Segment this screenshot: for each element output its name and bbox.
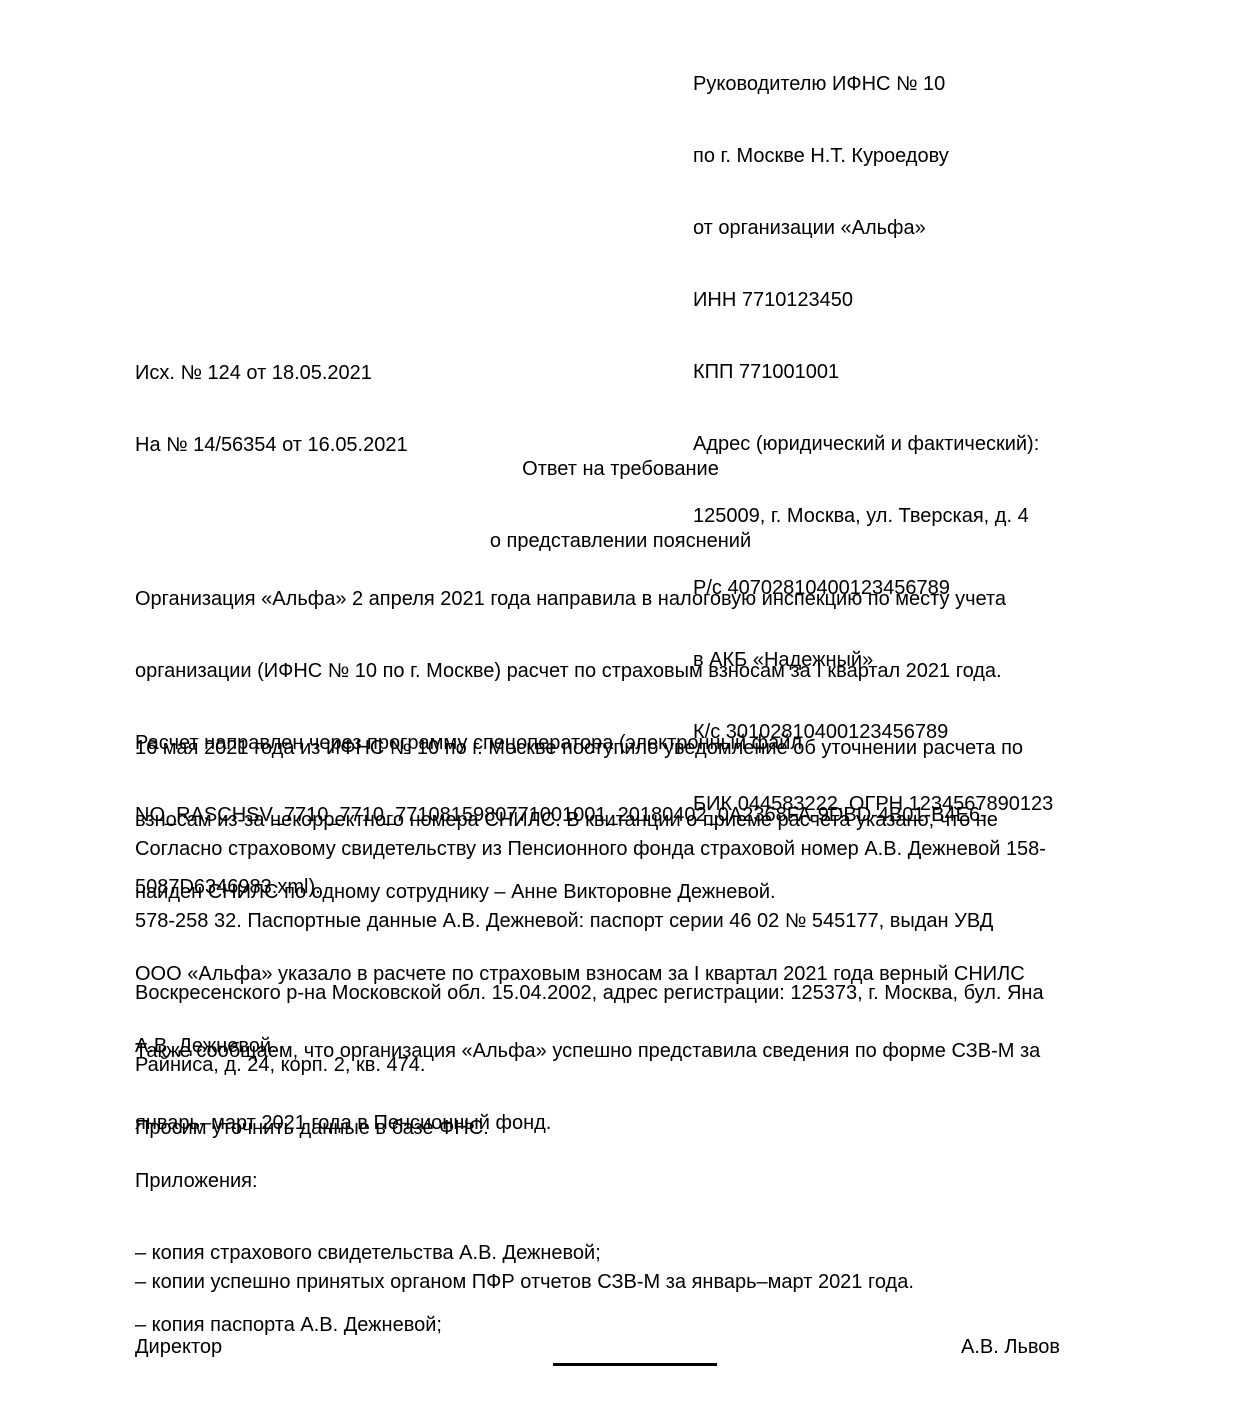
addressee-line: от организации «Альфа» — [693, 216, 1053, 240]
addressee-line: по г. Москве Н.Т. Куроедову — [693, 144, 1053, 168]
attachment-item: – копии успешно принятых органом ПФР отч… — [135, 1270, 914, 1294]
paragraph-line: ООО «Альфа» указало в расчете по страхов… — [135, 962, 1025, 986]
addressee-line: КПП 771001001 — [693, 360, 1053, 384]
addressee-line: Руководителю ИФНС № 10 — [693, 72, 1053, 96]
attachments-block-continued: – копии успешно принятых органом ПФР отч… — [135, 1222, 914, 1318]
title-line-1: Ответ на требование — [0, 457, 1241, 481]
paragraph-line: Также сообщаем, что организация «Альфа» … — [135, 1039, 1040, 1063]
paragraph-line: Согласно страховому свидетельству из Пен… — [135, 837, 1046, 861]
outgoing-number: Исх. № 124 от 18.05.2021 — [135, 361, 408, 385]
paragraph-line: организации (ИФНС № 10 по г. Москве) рас… — [135, 659, 1006, 683]
signatory-position: Директор — [135, 1335, 222, 1359]
addressee-line: ИНН 7710123450 — [693, 288, 1053, 312]
signatory-name: А.В. Львов — [961, 1335, 1060, 1359]
paragraph-line: 16 мая 2021 года из ИФНС № 10 по г. Моск… — [135, 736, 1023, 760]
paragraph-line: Организация «Альфа» 2 апреля 2021 года н… — [135, 587, 1006, 611]
signature-line — [553, 1363, 717, 1366]
attachments-heading: Приложения: — [135, 1169, 601, 1193]
